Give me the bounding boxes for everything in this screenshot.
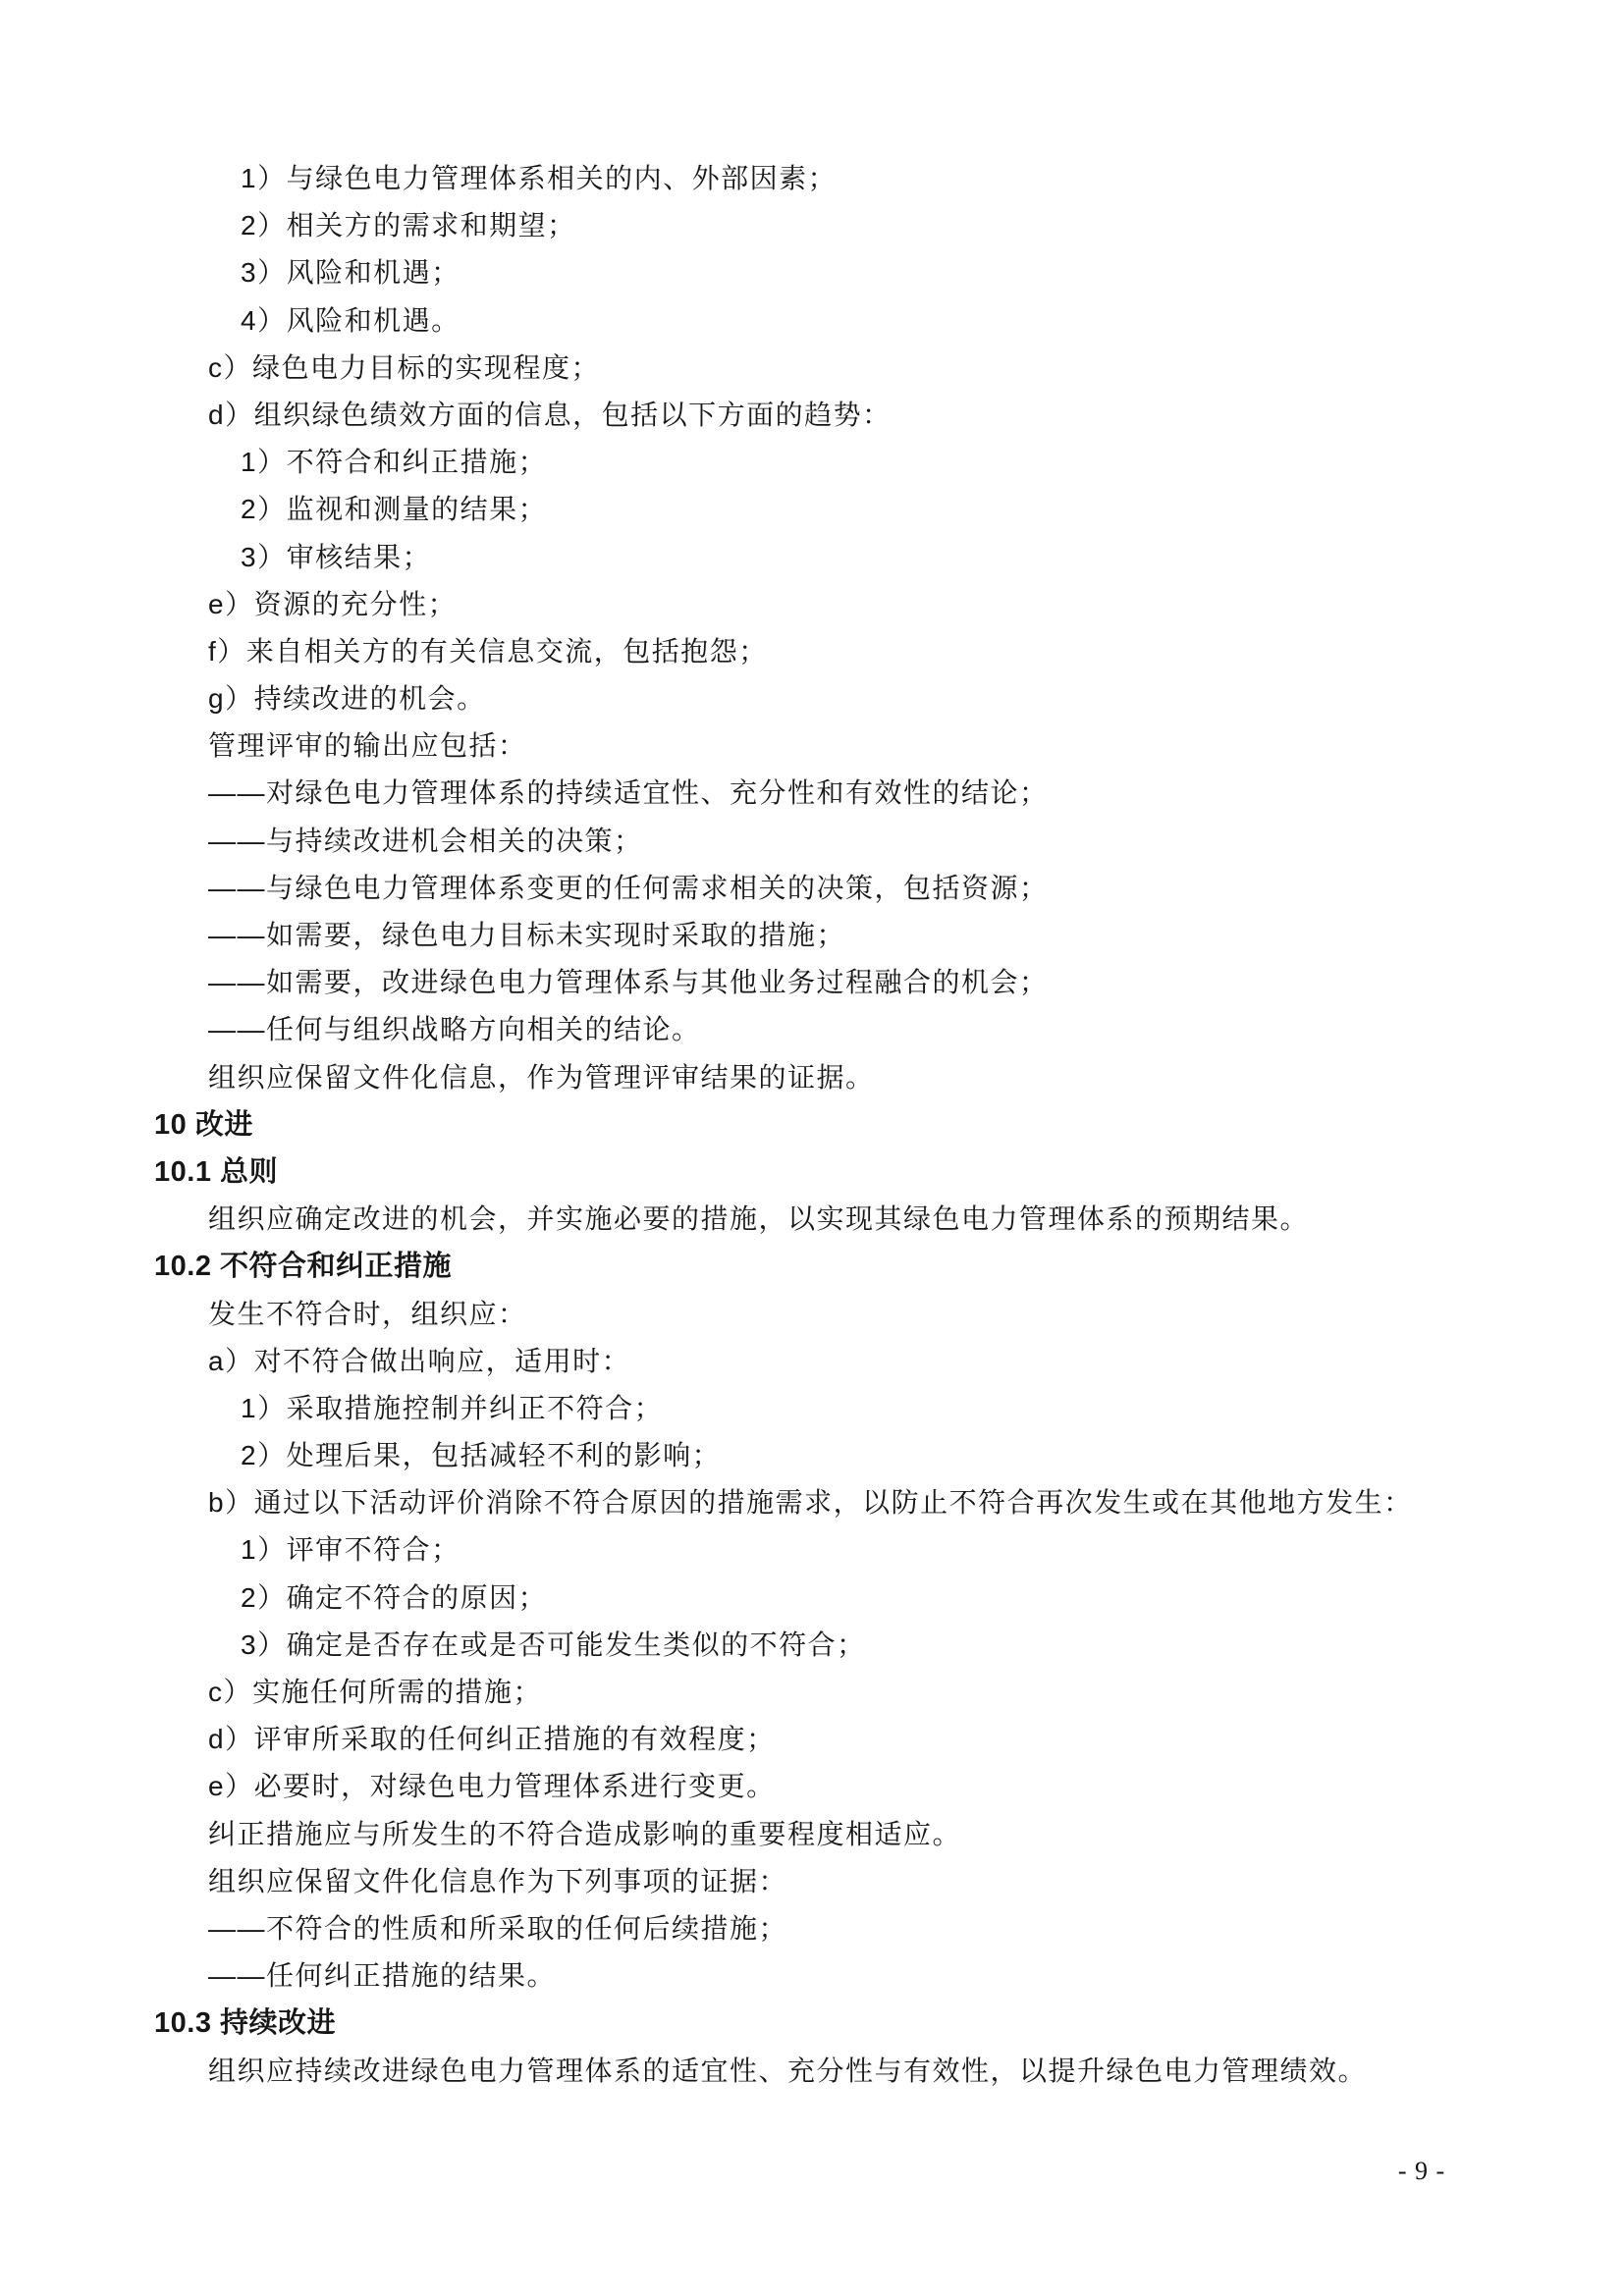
text-line: 1）评审不符合；: [0, 1526, 1624, 1574]
text-line: ——对绿色电力管理体系的持续适宜性、充分性和有效性的结论；: [0, 770, 1624, 817]
text-line: 组织应保留文件化信息作为下列事项的证据：: [0, 1858, 1624, 1905]
text-line: f）来自相关方的有关信息交流，包括抱怨；: [0, 628, 1624, 675]
document-page: 1）与绿色电力管理体系相关的内、外部因素；2）相关方的需求和期望；3）风险和机遇…: [0, 0, 1624, 2296]
text-line: ——与持续改进机会相关的决策；: [0, 818, 1624, 865]
text-line: ——如需要，绿色电力目标未实现时采取的措施；: [0, 912, 1624, 959]
text-line: a）对不符合做出响应，适用时：: [0, 1338, 1624, 1385]
section-heading: 10 改进: [0, 1101, 1624, 1148]
text-line: 管理评审的输出应包括：: [0, 722, 1624, 770]
text-line: ——任何与组织战略方向相关的结论。: [0, 1006, 1624, 1053]
text-line: ——如需要，改进绿色电力管理体系与其他业务过程融合的机会；: [0, 959, 1624, 1006]
text-line: 1）采取措施控制并纠正不符合；: [0, 1385, 1624, 1432]
text-line: 3）风险和机遇；: [0, 249, 1624, 296]
text-line: d）评审所采取的任何纠正措施的有效程度；: [0, 1716, 1624, 1763]
section-heading: 10.2 不符合和纠正措施: [0, 1243, 1624, 1290]
text-line: 2）相关方的需求和期望；: [0, 202, 1624, 249]
page-number: - 9 -: [1371, 2152, 1473, 2191]
text-line: b）通过以下活动评价消除不符合原因的措施需求，以防止不符合再次发生或在其他地方发…: [0, 1479, 1624, 1526]
text-line: ——不符合的性质和所采取的任何后续措施；: [0, 1905, 1624, 1952]
text-line: 组织应持续改进绿色电力管理体系的适宜性、充分性与有效性，以提升绿色电力管理绩效。: [0, 2048, 1624, 2095]
section-heading: 10.1 总则: [0, 1148, 1624, 1196]
text-line: 2）确定不符合的原因；: [0, 1575, 1624, 1622]
text-line: 3）审核结果；: [0, 534, 1624, 581]
text-line: ——任何纠正措施的结果。: [0, 1952, 1624, 2000]
text-line: g）持续改进的机会。: [0, 675, 1624, 722]
section-heading: 10.3 持续改进: [0, 2000, 1624, 2047]
text-line: e）必要时，对绿色电力管理体系进行变更。: [0, 1763, 1624, 1810]
text-line: c）绿色电力目标的实现程度；: [0, 345, 1624, 392]
text-line: 2）处理后果，包括减轻不利的影响；: [0, 1432, 1624, 1479]
text-line: 2）监视和测量的结果；: [0, 486, 1624, 533]
text-line: c）实施任何所需的措施；: [0, 1669, 1624, 1716]
text-line: d）组织绿色绩效方面的信息，包括以下方面的趋势：: [0, 392, 1624, 439]
document-content: 1）与绿色电力管理体系相关的内、外部因素；2）相关方的需求和期望；3）风险和机遇…: [0, 155, 1624, 2095]
text-line: 组织应保留文件化信息，作为管理评审结果的证据。: [0, 1054, 1624, 1101]
text-line: 组织应确定改进的机会，并实施必要的措施，以实现其绿色电力管理体系的预期结果。: [0, 1196, 1624, 1243]
text-line: 4）风险和机遇。: [0, 297, 1624, 345]
text-line: 1）不符合和纠正措施；: [0, 439, 1624, 486]
text-line: e）资源的充分性；: [0, 581, 1624, 628]
text-line: 3）确定是否存在或是否可能发生类似的不符合；: [0, 1622, 1624, 1669]
text-line: ——与绿色电力管理体系变更的任何需求相关的决策，包括资源；: [0, 865, 1624, 912]
text-line: 纠正措施应与所发生的不符合造成影响的重要程度相适应。: [0, 1811, 1624, 1858]
text-line: 发生不符合时，组织应：: [0, 1291, 1624, 1338]
text-line: 1）与绿色电力管理体系相关的内、外部因素；: [0, 155, 1624, 202]
